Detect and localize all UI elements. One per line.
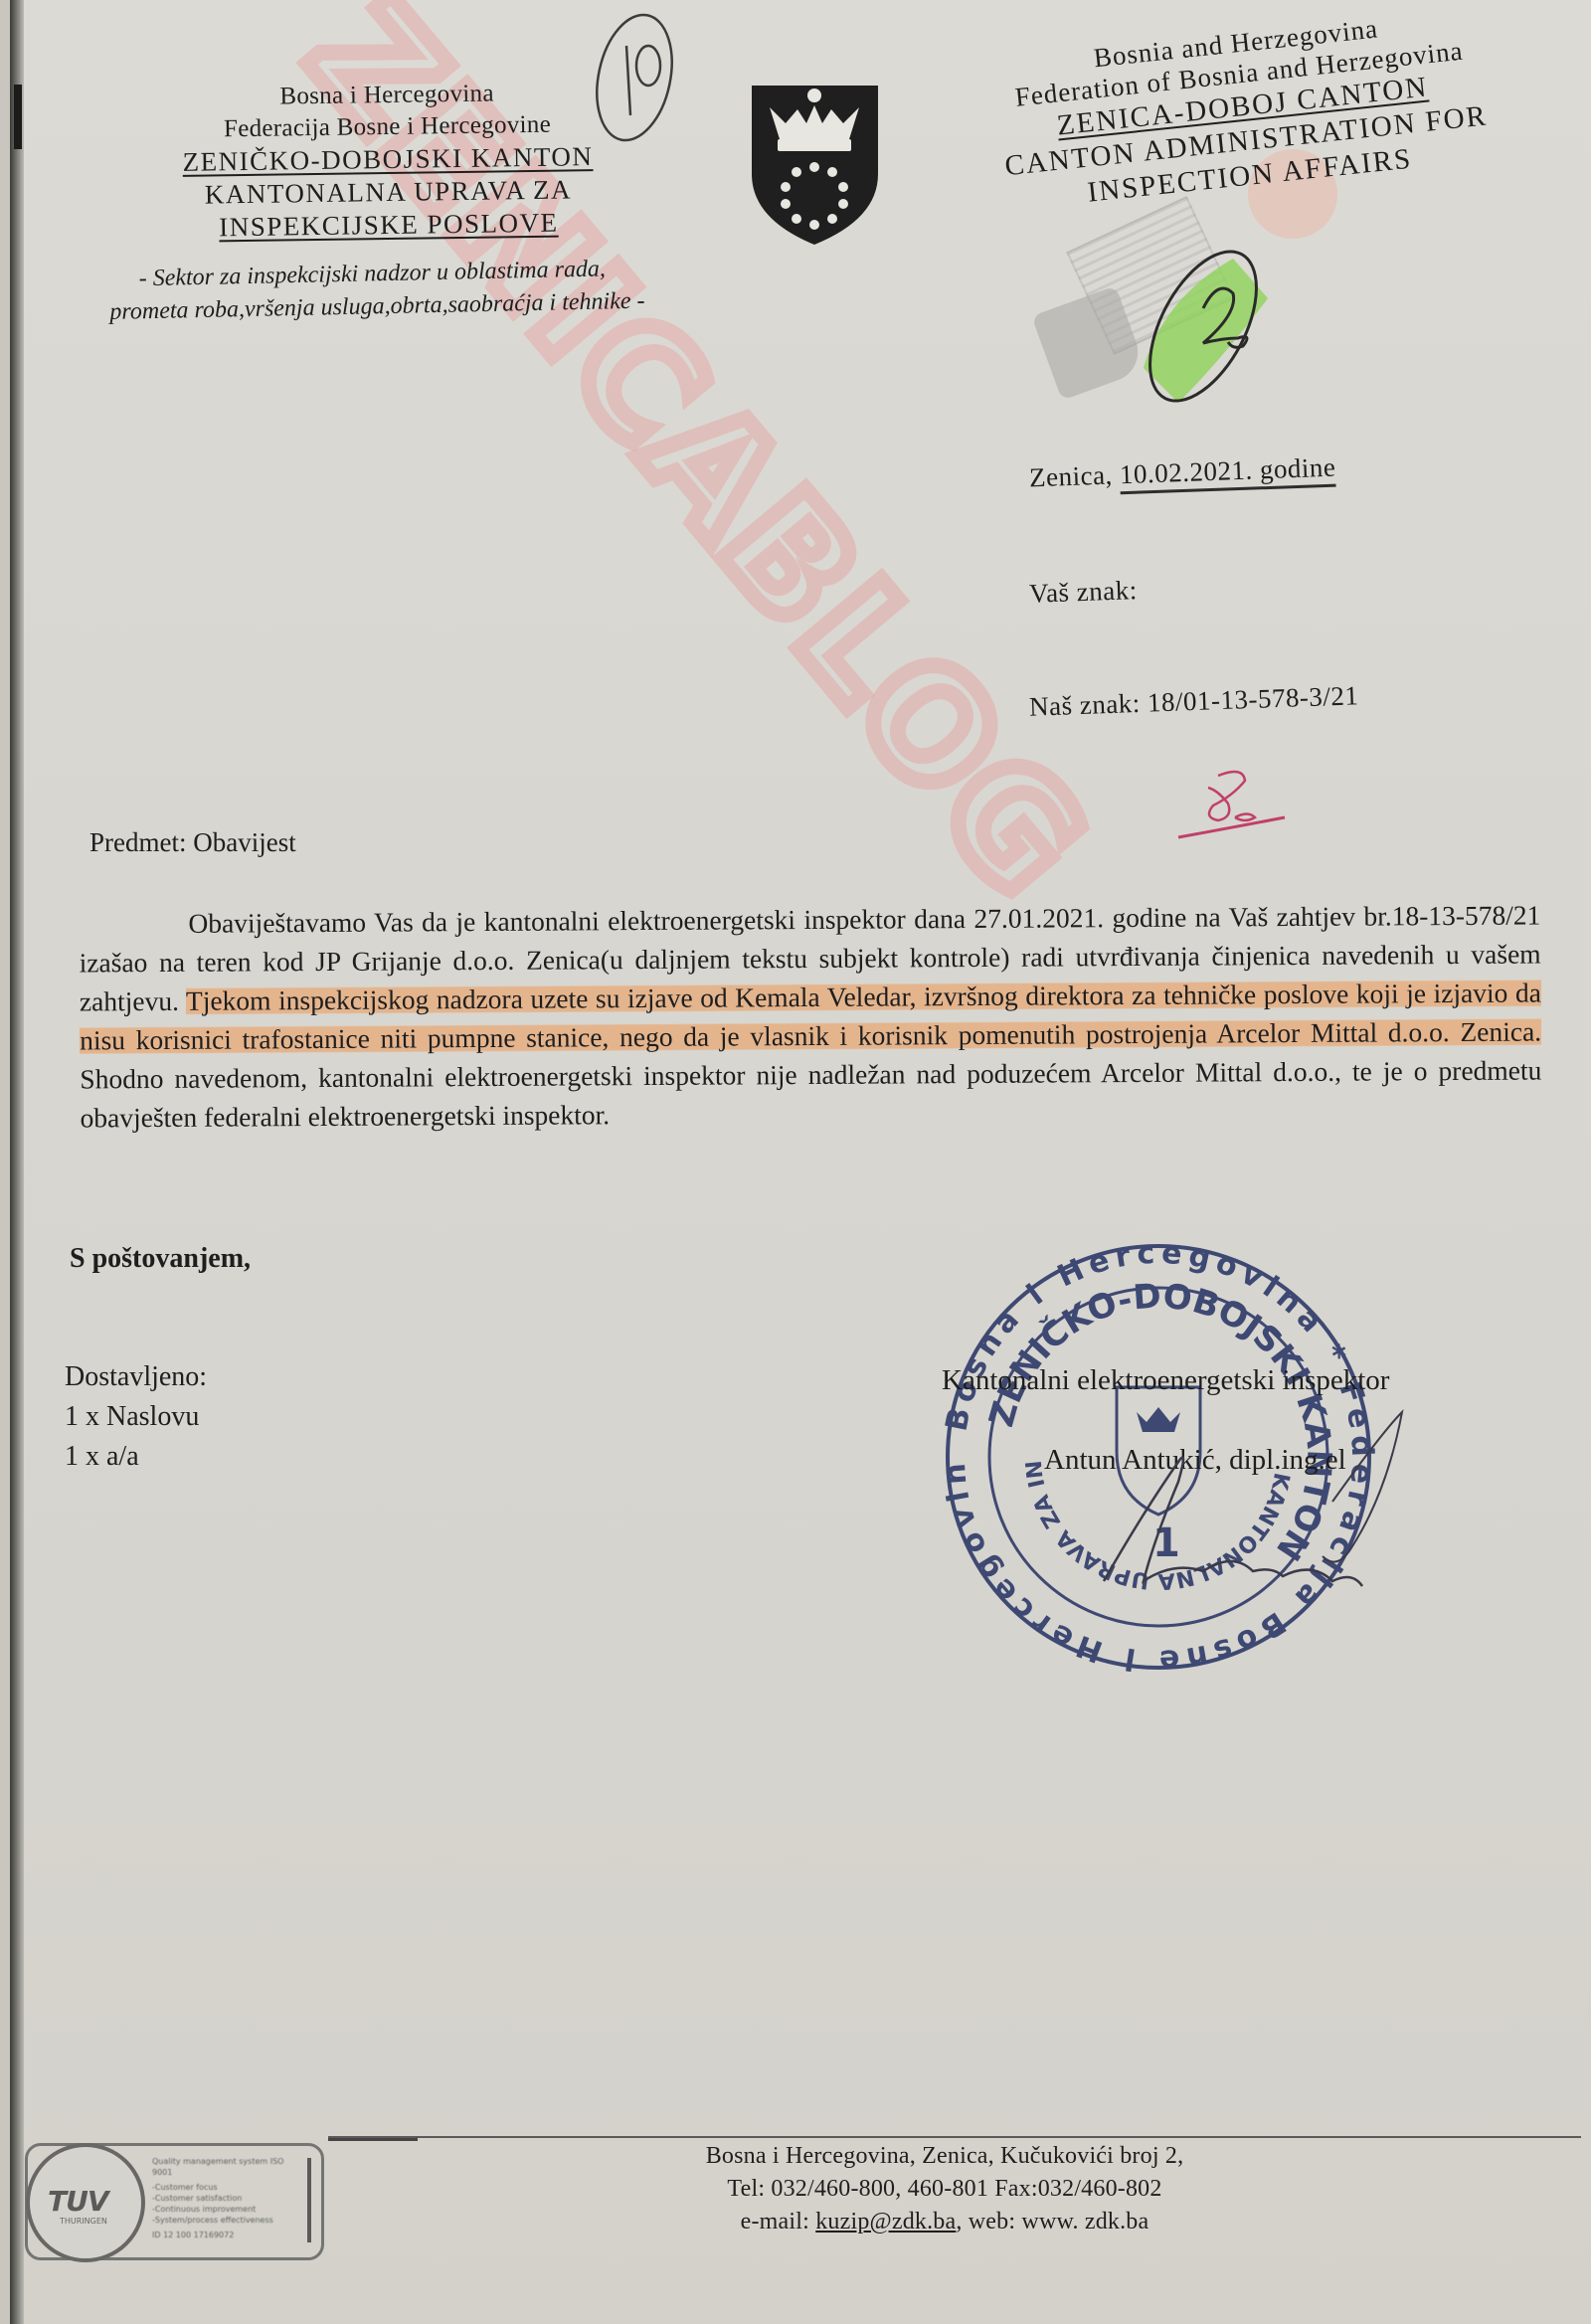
your-reference-label: Vaš znak: bbox=[1028, 575, 1138, 609]
iso-certification-badge: TUV THURINGEN Quality management system … bbox=[25, 2143, 324, 2260]
handwritten-signature bbox=[1084, 1372, 1412, 1631]
coat-of-arms-icon bbox=[748, 80, 882, 249]
footer-divider-accent bbox=[328, 2138, 418, 2141]
delivery-list: Dostavljeno: 1 x Naslovu 1 x a/a bbox=[65, 1357, 207, 1477]
your-reference: Vaš znak: bbox=[1028, 575, 1138, 610]
page-edge-shadow bbox=[10, 0, 24, 2324]
delivery-item: 1 x Naslovu bbox=[65, 1397, 207, 1437]
document-page: ZENICABLOG Bosna i Hercegovina Federacij… bbox=[10, 0, 1591, 2324]
delivery-item: 1 x a/a bbox=[65, 1437, 207, 1477]
our-reference-label: Naš znak: bbox=[1029, 688, 1142, 722]
handwritten-page-number bbox=[587, 6, 681, 145]
our-reference-value: 18/01-13-578-3/21 bbox=[1147, 680, 1358, 717]
footer-email-link[interactable]: kuzip@zdk.ba bbox=[815, 2209, 956, 2235]
footer-email-web: e-mail: kuzip@zdk.ba, web: www. zdk.ba bbox=[646, 2206, 1243, 2238]
footer-phone: Tel: 032/460-800, 460-801 Fax:032/460-80… bbox=[646, 2173, 1243, 2206]
footer-address: Bosna i Hercegovina, Zenica, Kučukovići … bbox=[646, 2140, 1243, 2173]
cert-divider bbox=[307, 2158, 311, 2242]
footer-contact: Bosna i Hercegovina, Zenica, Kučukovići … bbox=[646, 2140, 1243, 2238]
date-value: 10.02.2021. godine bbox=[1119, 452, 1336, 495]
subject-line: Predmet: Obavijest bbox=[89, 827, 296, 858]
tuv-seal-icon: TUV THURINGEN bbox=[26, 2143, 145, 2262]
handwritten-highlight-mark bbox=[1104, 239, 1278, 408]
header-right: Bosnia and Herzegovina Federation of Bos… bbox=[958, 0, 1528, 223]
our-reference: Naš znak: 18/01-13-578-3/21 bbox=[1029, 680, 1359, 723]
header-left: Bosna i Hercegovina Federacija Bosne i H… bbox=[108, 76, 667, 246]
certification-text: Quality management system ISO 9001 -Cust… bbox=[152, 2156, 301, 2240]
binding-mark bbox=[14, 85, 22, 149]
header-sector: - Sektor za inspekcijski nadzor u oblast… bbox=[108, 250, 766, 329]
body-paragraph: Obaviještavamo Vas da je kantonalni elek… bbox=[79, 896, 1541, 1138]
date-place: Zenica, bbox=[1029, 459, 1114, 492]
closing-greeting: S poštovanjem, bbox=[70, 1243, 251, 1275]
document-date: Zenica, 10.02.2021. godine bbox=[1029, 452, 1336, 494]
handwritten-pink-mark bbox=[1173, 766, 1288, 840]
footer-divider bbox=[328, 2136, 1581, 2138]
delivery-label: Dostavljeno: bbox=[65, 1357, 207, 1397]
header-administration-2: INSPEKCIJSKE POSLOVE bbox=[110, 205, 667, 246]
highlighted-text: Tjekom inspekcijskog nadzora uzete su iz… bbox=[80, 978, 1541, 1056]
body-text-part-2: Shodno navedenom, kantonalni elektroener… bbox=[80, 1055, 1541, 1134]
footer-web[interactable]: , web: www. zdk.ba bbox=[956, 2209, 1149, 2235]
